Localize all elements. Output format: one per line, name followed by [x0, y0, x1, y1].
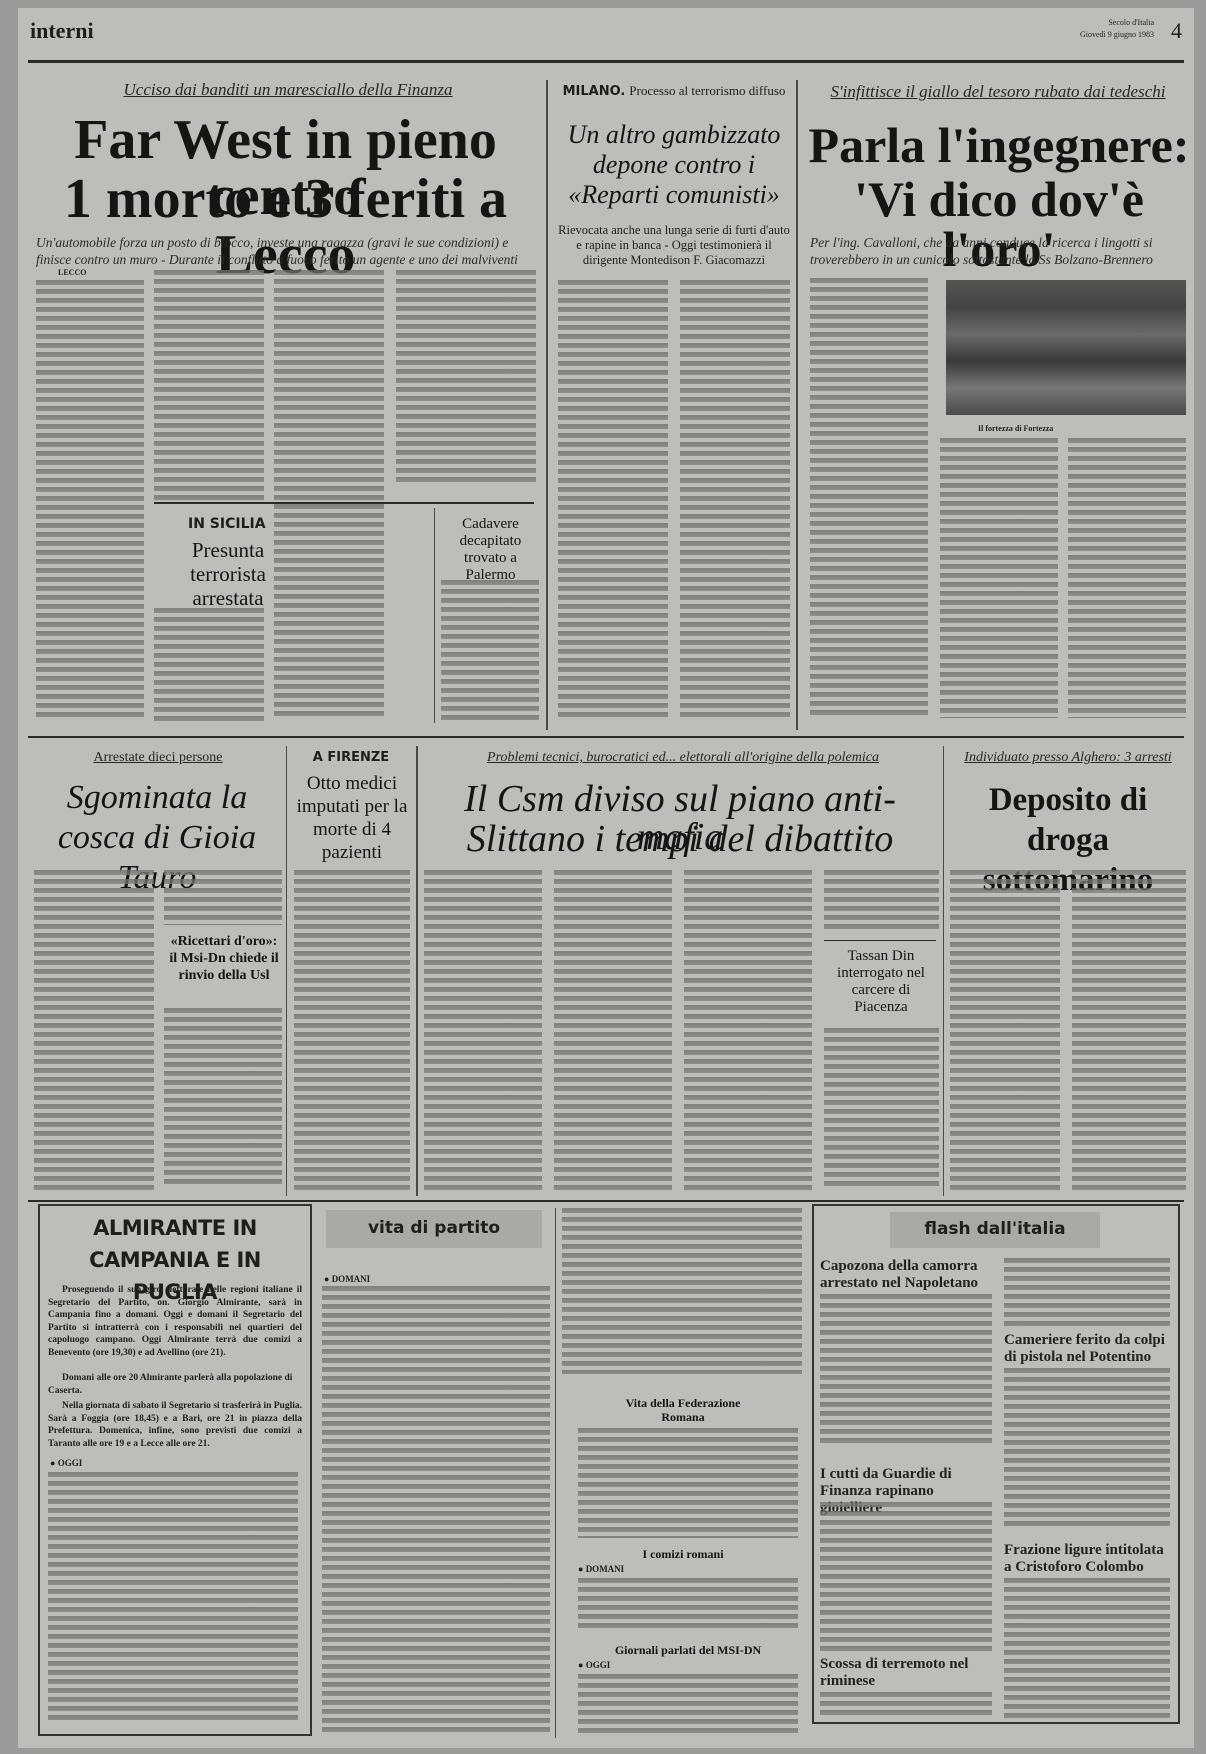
- oro-body-col3: [1068, 438, 1186, 718]
- oro-headline-1: Parla l'ingegnere:: [804, 120, 1194, 170]
- almirante-para3: Nella giornata di sabato il Segretario s…: [48, 1400, 302, 1450]
- lecco-subhead: Un'automobile forza un posto di blocco, …: [36, 234, 541, 268]
- gioia-body-col1: [34, 870, 154, 1190]
- gioia-kicker: Arrestate dieci persone: [48, 750, 268, 766]
- sicilia-label: IN SICILIA: [188, 516, 266, 532]
- flash-item-body: [1004, 1368, 1170, 1528]
- tassan-headline: Tassan Din interrogato nel carcere di Pi…: [826, 948, 936, 1016]
- giornali-oggi: OGGI: [586, 1660, 611, 1670]
- milano-headline: Un altro gambizzato depone contro i «Rep…: [556, 120, 792, 210]
- lecco-body-col1: [36, 280, 144, 720]
- vita-town-list-col1: [322, 1286, 550, 1734]
- masthead-rule: [28, 60, 1184, 63]
- almirante-intro: Proseguendo il suo giro elettorale nelle…: [48, 1284, 302, 1359]
- vita-domani-label: ● DOMANI: [324, 1274, 370, 1284]
- milano-body-col2: [680, 280, 790, 720]
- almirante-town-list: [48, 1472, 298, 1724]
- section-rule: [28, 1200, 1184, 1202]
- federazione-title: Vita della Federazione Romana: [618, 1396, 748, 1424]
- oro-subhead: Per l'ing. Cavalloni, che da anni conduc…: [810, 234, 1190, 268]
- flash-item-headline: Frazione ligure intitolata a Cristoforo …: [1004, 1542, 1172, 1576]
- milano-subhead: Rievocata anche una lunga serie di furti…: [558, 223, 790, 268]
- federazione-body: [578, 1428, 798, 1538]
- bullet-icon: ●: [578, 1564, 586, 1574]
- flash-item-body: [820, 1294, 992, 1446]
- oro-body-col2: [940, 438, 1058, 718]
- milano-kicker-text: Processo al terrorismo diffuso: [629, 83, 785, 98]
- lecco-body-col3: [274, 270, 384, 720]
- firenze-headline: Otto medici imputati per la morte di 4 p…: [292, 772, 412, 864]
- flash-item-body: [820, 1692, 992, 1718]
- newspaper-page: interni Secolo d'Italia Giovedì 9 giugno…: [18, 8, 1194, 1748]
- section-label: interni: [30, 18, 94, 44]
- paper-name: Secolo d'Italia: [1108, 18, 1154, 27]
- domani-label: DOMANI: [332, 1274, 371, 1284]
- csm-body-col1: [424, 870, 542, 1190]
- flash-item-headline: Scossa di terremoto nel riminese: [820, 1656, 992, 1690]
- csm-headline-2: Slittano i tempi del dibattito: [422, 820, 938, 858]
- vita-town-list-col2: [562, 1208, 802, 1374]
- csm-body-col2: [554, 870, 672, 1190]
- tassan-box-rule: [824, 940, 936, 941]
- column-divider: [546, 80, 548, 730]
- lecco-body-col2: [154, 270, 264, 500]
- palermo-body: [441, 580, 539, 720]
- oggi-label: OGGI: [58, 1458, 83, 1468]
- flash-item-body: [820, 1502, 992, 1652]
- photo-caption: Il fortezza di Fortezza: [978, 424, 1053, 433]
- page-number: 4: [1171, 18, 1182, 44]
- column-divider: [416, 746, 418, 1196]
- gioia-body-col2b: [164, 1008, 282, 1188]
- oro-body-col1: [810, 278, 928, 718]
- csm-kicker: Problemi tecnici, burocratici ed... elet…: [428, 750, 938, 766]
- bullet-icon: ●: [324, 1274, 332, 1284]
- flash-item-body: [1004, 1578, 1170, 1718]
- flash-item-body: [1004, 1258, 1170, 1328]
- firenze-body: [294, 870, 410, 1190]
- droga-kicker: Individuato presso Alghero: 3 arresti: [950, 750, 1186, 766]
- csm-body-col4b: [824, 1028, 939, 1188]
- giornali-title: Giornali parlati del MSI-DN: [578, 1644, 798, 1656]
- issue-date: Giovedì 9 giugno 1983: [1080, 30, 1154, 39]
- sicilia-headline: Presunta terrorista arrestata: [178, 538, 278, 610]
- milano-body-col1: [558, 280, 668, 720]
- column-divider: [555, 1208, 556, 1738]
- comizi-domani-label: ● DOMANI: [578, 1564, 624, 1574]
- giornali-oggi-label: ● OGGI: [578, 1660, 610, 1670]
- comizi-title: I comizi romani: [618, 1548, 748, 1560]
- column-divider: [434, 508, 435, 723]
- droga-body-col2: [1072, 870, 1186, 1190]
- bullet-icon: ●: [50, 1458, 58, 1468]
- section-rule: [28, 736, 1184, 738]
- milano-kicker-city: MILANO.: [563, 84, 626, 99]
- vita-title: vita di partito: [326, 1218, 542, 1238]
- csm-body-col4a: [824, 870, 939, 930]
- fortress-photo: [946, 280, 1186, 415]
- firenze-label: A FIRENZE: [290, 750, 412, 765]
- sicilia-body: [154, 608, 264, 723]
- palermo-headline: Cadavere decapitato trovato a Palermo: [443, 516, 538, 584]
- comizi-body: [578, 1578, 798, 1628]
- milano-kicker: MILANO. Processo al terrorismo diffuso: [558, 82, 790, 100]
- gioia-boxed-headline: «Ricettari d'oro»: il Msi-Dn chiede il r…: [166, 933, 282, 984]
- almirante-para2: Domani alle ore 20 Almirante parlerà all…: [48, 1372, 302, 1397]
- flash-item-headline: Cameriere ferito da colpi di pistola nel…: [1004, 1332, 1172, 1366]
- giornali-body: [578, 1674, 798, 1734]
- bullet-icon: ●: [578, 1660, 586, 1670]
- lecco-kicker: Ucciso dai banditi un maresciallo della …: [38, 80, 538, 100]
- column-divider: [943, 746, 944, 1196]
- gioia-body-col2a: [164, 870, 282, 925]
- oro-kicker: S'infittisce il giallo del tesoro rubato…: [808, 82, 1188, 102]
- column-divider: [286, 746, 287, 1196]
- droga-body-col1: [950, 870, 1060, 1190]
- almirante-oggi-label: ● OGGI: [50, 1458, 82, 1468]
- comizi-domani: DOMANI: [586, 1564, 625, 1574]
- csm-body-col3: [684, 870, 812, 1190]
- lecco-dateline: LECCO: [58, 268, 86, 277]
- column-divider: [796, 80, 798, 730]
- lecco-body-col4: [396, 270, 536, 485]
- flash-item-headline: Capozona della camorra arrestato nel Nap…: [820, 1258, 990, 1292]
- flash-title: flash dall'italia: [890, 1219, 1100, 1239]
- lecco-box-rule: [154, 502, 534, 504]
